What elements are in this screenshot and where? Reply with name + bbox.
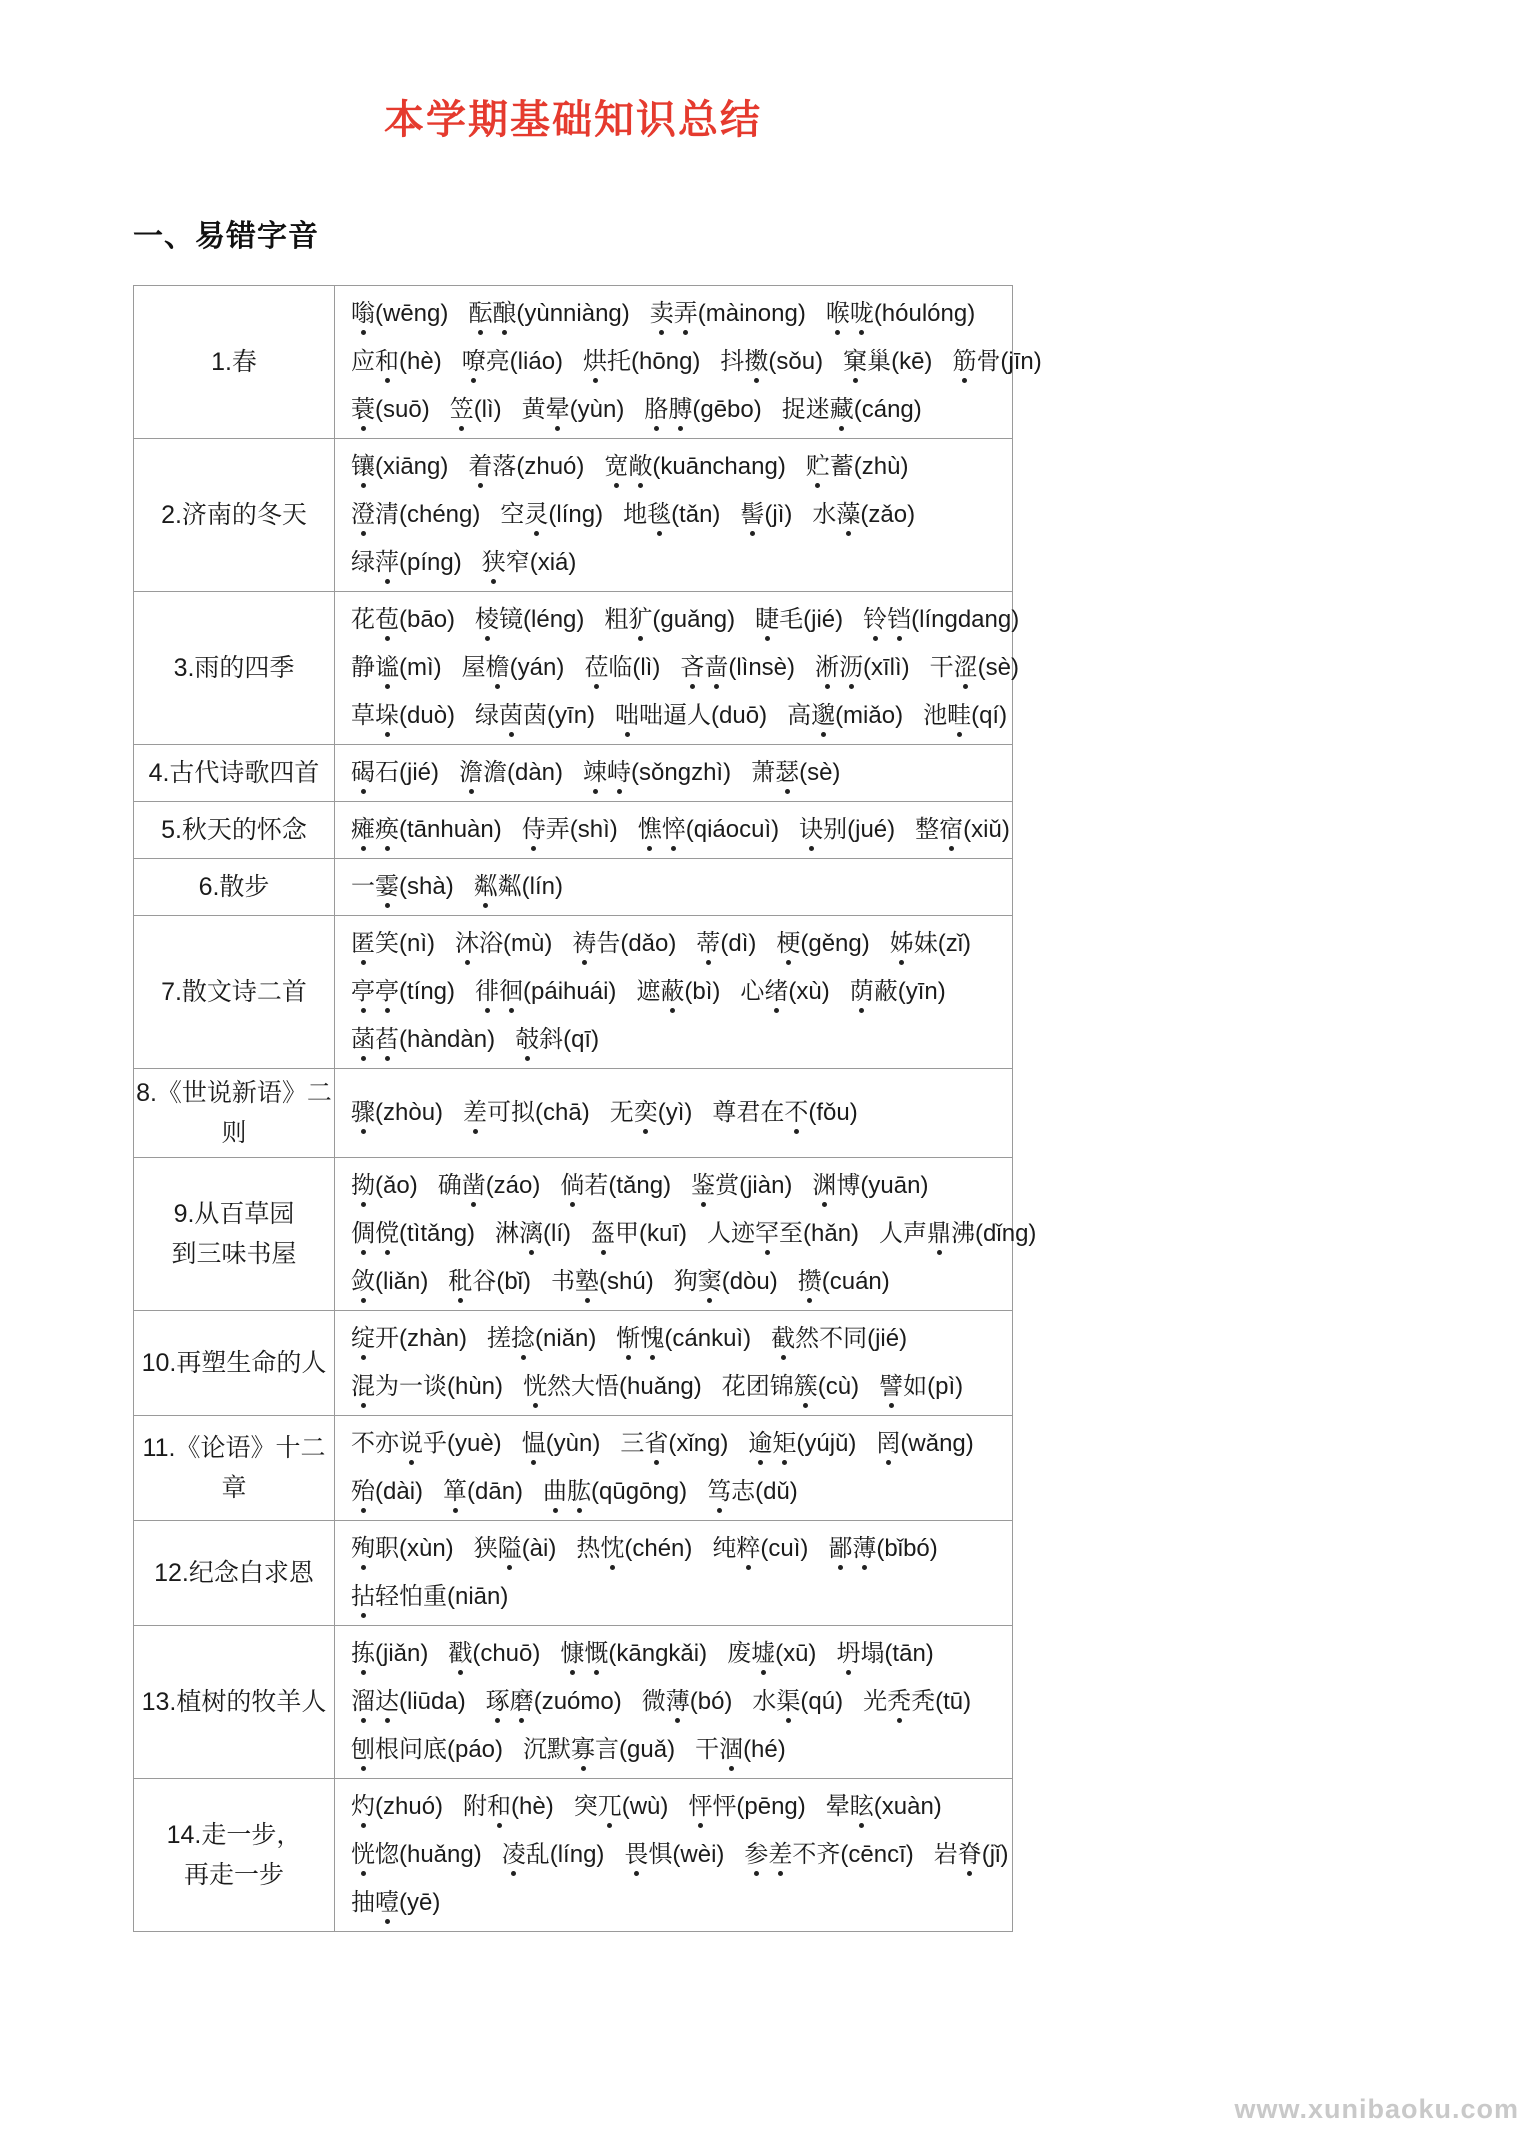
table-row: 9.从百草园到三味书屋拗(ǎo)确凿(záo)倘若(tǎng)鉴赏(jiàn)渊… (134, 1158, 1013, 1311)
word-entry: 溜达(liūda) (351, 1688, 466, 1715)
word-entry: 遮蔽(bì) (636, 978, 720, 1005)
word-line: 刨根问底(páo)沉默寡言(guǎ)干涸(hé) (351, 1726, 1006, 1774)
word-entry: 微薄(bó) (642, 1688, 733, 1715)
word-entry: 畏惧(wèi) (624, 1841, 724, 1868)
table-row: 3.雨的四季花苞(bāo)棱镜(léng)粗犷(guǎng)睫毛(jié)铃铛(… (134, 592, 1013, 745)
word-entry: 黄晕(yùn) (522, 396, 625, 423)
word-entry: 亭亭(tíng) (351, 978, 455, 1005)
word-entry: 澄清(chéng) (351, 501, 480, 528)
table-row: 6.散步一霎(shà)粼粼(lín) (134, 859, 1013, 916)
table-row: 13.植树的牧羊人拣(jiǎn)戳(chuō)慷慨(kāngkǎi)废墟(xū)… (134, 1626, 1013, 1779)
word-list-cell: 碣石(jié)澹澹(dàn)竦峙(sǒngzhì)萧瑟(sè) (335, 745, 1013, 802)
word-entry: 憔悴(qiáocuì) (638, 816, 779, 843)
word-line: 殉职(xùn)狭隘(ài)热忱(chén)纯粹(cuì)鄙薄(bǐbó) (351, 1525, 1006, 1573)
word-entry: 沉默寡言(guǎ) (523, 1736, 675, 1763)
word-entry: 应和(hè) (351, 348, 442, 375)
word-line: 绿萍(píng)狭窄(xiá) (351, 539, 1006, 587)
word-entry: 花团锦簇(cù) (722, 1373, 859, 1400)
word-entry: 笠(lì) (450, 396, 502, 423)
word-entry: 攒(cuán) (798, 1268, 890, 1295)
word-entry: 地毯(tǎn) (623, 501, 720, 528)
word-entry: 抽噎(yē) (351, 1889, 440, 1916)
word-line: 花苞(bāo)棱镜(léng)粗犷(guǎng)睫毛(jié)铃铛(língda… (351, 596, 1006, 644)
word-entry: 高邈(miǎo) (787, 702, 903, 729)
word-entry: 混为一谈(hùn) (351, 1373, 503, 1400)
word-entry: 刨根问底(páo) (351, 1736, 503, 1763)
word-entry: 水渠(qú) (752, 1688, 843, 1715)
word-entry: 戳(chuō) (448, 1640, 540, 1667)
word-entry: 岩脊(jǐ) (934, 1841, 1009, 1868)
word-entry: 光秃秃(tū) (863, 1688, 971, 1715)
word-line: 混为一谈(hùn)恍然大悟(huǎng)花团锦簇(cù)譬如(pì) (351, 1363, 1006, 1411)
word-entry: 拈轻怕重(niān) (351, 1583, 508, 1610)
word-entry: 参差不齐(cēncī) (744, 1841, 913, 1868)
word-entry: 菡萏(hàndàn) (351, 1026, 495, 1053)
word-entry: 鄙薄(bǐbó) (828, 1535, 937, 1562)
word-entry: 铃铛(língdang) (863, 606, 1019, 633)
table-row: 7.散文诗二首匿笑(nì)沐浴(mù)祷告(dǎo)蒂(dì)梗(gěng)姊妹… (134, 916, 1013, 1069)
table-row: 11.《论语》十二章不亦说乎(yuè)愠(yùn)三省(xǐng)逾矩(yújǔ… (134, 1416, 1013, 1521)
word-line: 溜达(liūda)琢磨(zuómo)微薄(bó)水渠(qú)光秃秃(tū) (351, 1678, 1006, 1726)
word-line: 镶(xiāng)着落(zhuó)宽敞(kuānchang)贮蓄(zhù) (351, 443, 1006, 491)
word-entry: 捉迷藏(cáng) (782, 396, 922, 423)
word-list-cell: 殉职(xùn)狭隘(ài)热忱(chén)纯粹(cuì)鄙薄(bǐbó)拈轻怕重… (335, 1521, 1013, 1626)
lesson-label: 8.《世说新语》二则 (134, 1069, 335, 1158)
word-entry: 澹澹(dàn) (459, 759, 563, 786)
word-list-cell: 嗡(wēng)酝酿(yùnniàng)卖弄(màinong)喉咙(hóulóng… (335, 286, 1013, 439)
word-entry: 一霎(shà) (351, 873, 454, 900)
word-list-cell: 绽开(zhàn)搓捻(niǎn)惭愧(cánkuì)截然不同(jié)混为一谈(… (335, 1311, 1013, 1416)
lesson-label: 7.散文诗二首 (134, 916, 335, 1069)
word-entry: 确凿(záo) (438, 1172, 541, 1199)
word-entry: 荫蔽(yīn) (850, 978, 946, 1005)
word-entry: 恍惚(huǎng) (351, 1841, 482, 1868)
word-entry: 卖弄(màinong) (650, 300, 806, 327)
word-entry: 嗡(wēng) (351, 300, 448, 327)
word-list-cell: 不亦说乎(yuè)愠(yùn)三省(xǐng)逾矩(yújǔ)罔(wǎng)殆(… (335, 1416, 1013, 1521)
word-entry: 逾矩(yújǔ) (748, 1430, 856, 1457)
word-entry: 淋漓(lí) (495, 1220, 571, 1247)
table-row: 4.古代诗歌四首碣石(jié)澹澹(dàn)竦峙(sǒngzhì)萧瑟(sè) (134, 745, 1013, 802)
word-entry: 睫毛(jié) (755, 606, 843, 633)
word-line: 亭亭(tíng)徘徊(páihuái)遮蔽(bì)心绪(xù)荫蔽(yīn) (351, 968, 1006, 1016)
word-line: 澄清(chéng)空灵(líng)地毯(tǎn)髻(jì)水藻(zǎo) (351, 491, 1006, 539)
word-entry: 沐浴(mù) (455, 930, 552, 957)
section-heading: 一、易错字音 (133, 211, 1013, 255)
word-line: 拈轻怕重(niān) (351, 1573, 1006, 1621)
word-line: 菡萏(hàndàn)攲斜(qī) (351, 1016, 1006, 1064)
word-entry: 嘹亮(liáo) (462, 348, 563, 375)
word-line: 倜傥(tìtǎng)淋漓(lí)盔甲(kuī)人迹罕至(hǎn)人声鼎沸(dǐn… (351, 1210, 1006, 1258)
watermark: www.xunibaoku.com (1234, 2094, 1519, 2125)
word-entry: 姊妹(zǐ) (890, 930, 971, 957)
word-entry: 花苞(bāo) (351, 606, 455, 633)
word-entry: 书塾(shú) (551, 1268, 654, 1295)
word-line: 敛(liǎn)秕谷(bǐ)书塾(shú)狗窦(dòu)攒(cuán) (351, 1258, 1006, 1306)
word-entry: 着落(zhuó) (468, 453, 584, 480)
word-entry: 拗(ǎo) (351, 1172, 418, 1199)
word-line: 一霎(shà)粼粼(lín) (351, 863, 1006, 911)
word-entry: 惭愧(cánkuì) (616, 1325, 751, 1352)
lesson-label: 10.再塑生命的人 (134, 1311, 335, 1416)
word-entry: 盔甲(kuī) (591, 1220, 687, 1247)
lesson-label: 1.春 (134, 286, 335, 439)
word-entry: 粼粼(lín) (474, 873, 563, 900)
word-entry: 静谧(mì) (351, 654, 442, 681)
word-line: 拗(ǎo)确凿(záo)倘若(tǎng)鉴赏(jiàn)渊博(yuān) (351, 1162, 1006, 1210)
word-entry: 干涩(sè) (930, 654, 1019, 681)
word-entry: 殉职(xùn) (351, 1535, 454, 1562)
word-entry: 骤(zhòu) (351, 1099, 443, 1126)
word-entry: 凌乱(líng) (502, 1841, 605, 1868)
word-entry: 狭隘(ài) (474, 1535, 557, 1562)
word-entry: 徘徊(páihuái) (475, 978, 616, 1005)
word-entry: 筋骨(jīn) (952, 348, 1041, 375)
word-list-cell: 花苞(bāo)棱镜(léng)粗犷(guǎng)睫毛(jié)铃铛(língda… (335, 592, 1013, 745)
word-entry: 镶(xiāng) (351, 453, 448, 480)
word-line: 蓑(suō)笠(lì)黄晕(yùn)胳膊(gēbo)捉迷藏(cáng) (351, 386, 1006, 434)
table-row: 1.春嗡(wēng)酝酿(yùnniàng)卖弄(màinong)喉咙(hóul… (134, 286, 1013, 439)
word-entry: 罔(wǎng) (876, 1430, 973, 1457)
word-line: 碣石(jié)澹澹(dàn)竦峙(sǒngzhì)萧瑟(sè) (351, 749, 1006, 797)
word-entry: 窠巢(kē) (843, 348, 932, 375)
table-row: 12.纪念白求恩殉职(xùn)狭隘(ài)热忱(chén)纯粹(cuì)鄙薄(b… (134, 1521, 1013, 1626)
word-entry: 烘托(hōng) (583, 348, 700, 375)
lesson-label: 4.古代诗歌四首 (134, 745, 335, 802)
word-entry: 水藻(zǎo) (812, 501, 915, 528)
word-entry: 心绪(xù) (740, 978, 829, 1005)
word-entry: 鉴赏(jiàn) (691, 1172, 792, 1199)
word-list-cell: 拣(jiǎn)戳(chuō)慷慨(kāngkǎi)废墟(xū)坍塌(tān)溜达… (335, 1626, 1013, 1779)
table-row: 10.再塑生命的人绽开(zhàn)搓捻(niǎn)惭愧(cánkuì)截然不同(… (134, 1311, 1013, 1416)
word-list-cell: 一霎(shà)粼粼(lín) (335, 859, 1013, 916)
word-entry: 瘫痪(tānhuàn) (351, 816, 502, 843)
word-entry: 恍然大悟(huǎng) (523, 1373, 702, 1400)
lesson-label: 6.散步 (134, 859, 335, 916)
word-line: 绽开(zhàn)搓捻(niǎn)惭愧(cánkuì)截然不同(jié) (351, 1315, 1006, 1363)
word-entry: 草垛(duò) (351, 702, 455, 729)
word-entry: 池畦(qí) (923, 702, 1007, 729)
word-entry: 狗窦(dòu) (674, 1268, 778, 1295)
table-row: 14.走一步，再走一步灼(zhuó)附和(hè)突兀(wù)怦怦(pēng)晕眩… (134, 1779, 1013, 1932)
word-entry: 愠(yùn) (522, 1430, 601, 1457)
word-entry: 攲斜(qī) (515, 1026, 599, 1053)
word-entry: 人迹罕至(hǎn) (707, 1220, 859, 1247)
lesson-label: 13.植树的牧羊人 (134, 1626, 335, 1779)
word-entry: 琢磨(zuómo) (486, 1688, 622, 1715)
word-entry: 粗犷(guǎng) (604, 606, 735, 633)
word-entry: 碣石(jié) (351, 759, 439, 786)
pronunciation-table-body: 1.春嗡(wēng)酝酿(yùnniàng)卖弄(màinong)喉咙(hóul… (134, 286, 1013, 1932)
page-title: 本学期基础知识总结 (133, 88, 1013, 145)
word-line: 瘫痪(tānhuàn)侍弄(shì)憔悴(qiáocuì)诀别(jué)整宿(x… (351, 806, 1006, 854)
word-line: 恍惚(huǎng)凌乱(líng)畏惧(wèi)参差不齐(cēncī)岩脊(jǐ… (351, 1831, 1006, 1879)
word-list-cell: 灼(zhuó)附和(hè)突兀(wù)怦怦(pēng)晕眩(xuàn)恍惚(hu… (335, 1779, 1013, 1932)
word-entry: 空灵(líng) (500, 501, 603, 528)
lesson-label: 2.济南的冬天 (134, 439, 335, 592)
table-row: 5.秋天的怀念瘫痪(tānhuàn)侍弄(shì)憔悴(qiáocuì)诀别(j… (134, 802, 1013, 859)
word-entry: 贮蓄(zhù) (806, 453, 909, 480)
word-list-cell: 镶(xiāng)着落(zhuó)宽敞(kuānchang)贮蓄(zhù)澄清(c… (335, 439, 1013, 592)
word-entry: 晕眩(xuàn) (826, 1793, 942, 1820)
word-list-cell: 骤(zhòu)差可拟(chā)无奕(yì)尊君在不(fǒu) (335, 1069, 1013, 1158)
word-entry: 无奕(yì) (610, 1099, 693, 1126)
word-entry: 侍弄(shì) (522, 816, 618, 843)
word-entry: 髻(jì) (740, 501, 792, 528)
word-entry: 莅临(lì) (584, 654, 660, 681)
word-entry: 酝酿(yùnniàng) (468, 300, 629, 327)
word-entry: 淅沥(xīlì) (815, 654, 910, 681)
word-entry: 绿萍(píng) (351, 549, 462, 576)
word-line: 抽噎(yē) (351, 1879, 1006, 1927)
word-entry: 差可拟(chā) (463, 1099, 590, 1126)
lesson-label: 3.雨的四季 (134, 592, 335, 745)
table-row: 2.济南的冬天镶(xiāng)着落(zhuó)宽敞(kuānchang)贮蓄(z… (134, 439, 1013, 592)
word-entry: 三省(xǐng) (620, 1430, 728, 1457)
word-line: 殆(dài)箪(dān)曲肱(qūgōng)笃志(dǔ) (351, 1468, 1006, 1516)
word-entry: 吝啬(lìnsè) (680, 654, 795, 681)
word-entry: 狭窄(xiá) (482, 549, 577, 576)
word-list-cell: 瘫痪(tānhuàn)侍弄(shì)憔悴(qiáocuì)诀别(jué)整宿(x… (335, 802, 1013, 859)
word-line: 草垛(duò)绿茵茵(yīn)咄咄逼人(duō)高邈(miǎo)池畦(qí) (351, 692, 1006, 740)
word-entry: 附和(hè) (463, 1793, 554, 1820)
word-entry: 梗(gěng) (776, 930, 869, 957)
word-entry: 譬如(pì) (879, 1373, 963, 1400)
word-entry: 截然不同(jié) (771, 1325, 907, 1352)
pronunciation-table: 1.春嗡(wēng)酝酿(yùnniàng)卖弄(màinong)喉咙(hóul… (133, 285, 1013, 1932)
word-entry: 祷告(dǎo) (572, 930, 676, 957)
word-entry: 匿笑(nì) (351, 930, 435, 957)
word-entry: 纯粹(cuì) (712, 1535, 808, 1562)
word-entry: 竦峙(sǒngzhì) (583, 759, 731, 786)
word-entry: 喉咙(hóulóng) (826, 300, 975, 327)
lesson-label: 14.走一步，再走一步 (134, 1779, 335, 1932)
word-entry: 怦怦(pēng) (688, 1793, 805, 1820)
word-entry: 咄咄逼人(duō) (615, 702, 767, 729)
lesson-label: 9.从百草园到三味书屋 (134, 1158, 335, 1311)
lesson-label: 12.纪念白求恩 (134, 1521, 335, 1626)
word-entry: 殆(dài) (351, 1478, 423, 1505)
table-row: 8.《世说新语》二则骤(zhòu)差可拟(chā)无奕(yì)尊君在不(fǒu) (134, 1069, 1013, 1158)
word-line: 应和(hè)嘹亮(liáo)烘托(hōng)抖擞(sǒu)窠巢(kē)筋骨(jī… (351, 338, 1006, 386)
word-entry: 拣(jiǎn) (351, 1640, 428, 1667)
word-line: 匿笑(nì)沐浴(mù)祷告(dǎo)蒂(dì)梗(gěng)姊妹(zǐ) (351, 920, 1006, 968)
word-entry: 倘若(tǎng) (560, 1172, 671, 1199)
word-entry: 敛(liǎn) (351, 1268, 428, 1295)
word-entry: 慷慨(kāngkǎi) (560, 1640, 707, 1667)
word-entry: 抖擞(sǒu) (720, 348, 823, 375)
word-line: 嗡(wēng)酝酿(yùnniàng)卖弄(màinong)喉咙(hóulóng… (351, 290, 1006, 338)
word-entry: 曲肱(qūgōng) (543, 1478, 687, 1505)
word-line: 灼(zhuó)附和(hè)突兀(wù)怦怦(pēng)晕眩(xuàn) (351, 1783, 1006, 1831)
word-entry: 箪(dān) (443, 1478, 523, 1505)
document-page: 本学期基础知识总结 一、易错字音 1.春嗡(wēng)酝酿(yùnniàng)卖… (133, 0, 1013, 1932)
word-entry: 渊博(yuān) (812, 1172, 928, 1199)
word-entry: 屋檐(yán) (462, 654, 565, 681)
word-entry: 整宿(xiǔ) (915, 816, 1010, 843)
word-entry: 灼(zhuó) (351, 1793, 443, 1820)
word-entry: 突兀(wù) (574, 1793, 669, 1820)
word-entry: 不亦说乎(yuè) (351, 1430, 502, 1457)
word-entry: 蒂(dì) (696, 930, 756, 957)
word-entry: 宽敞(kuānchang) (604, 453, 785, 480)
word-line: 拣(jiǎn)戳(chuō)慷慨(kāngkǎi)废墟(xū)坍塌(tān) (351, 1630, 1006, 1678)
word-line: 不亦说乎(yuè)愠(yùn)三省(xǐng)逾矩(yújǔ)罔(wǎng) (351, 1420, 1006, 1468)
lesson-label: 11.《论语》十二章 (134, 1416, 335, 1521)
word-entry: 倜傥(tìtǎng) (351, 1220, 475, 1247)
word-entry: 绿茵茵(yīn) (475, 702, 595, 729)
word-entry: 废墟(xū) (727, 1640, 816, 1667)
word-line: 骤(zhòu)差可拟(chā)无奕(yì)尊君在不(fǒu) (351, 1089, 1006, 1137)
word-entry: 诀别(jué) (799, 816, 895, 843)
word-list-cell: 匿笑(nì)沐浴(mù)祷告(dǎo)蒂(dì)梗(gěng)姊妹(zǐ)亭亭(… (335, 916, 1013, 1069)
word-entry: 笃志(dǔ) (707, 1478, 798, 1505)
word-entry: 热忱(chén) (576, 1535, 692, 1562)
word-entry: 萧瑟(sè) (751, 759, 840, 786)
word-entry: 人声鼎沸(dǐng) (879, 1220, 1036, 1247)
word-entry: 干涸(hé) (695, 1736, 786, 1763)
word-entry: 蓑(suō) (351, 396, 430, 423)
word-list-cell: 拗(ǎo)确凿(záo)倘若(tǎng)鉴赏(jiàn)渊博(yuān)倜傥(t… (335, 1158, 1013, 1311)
word-entry: 棱镜(léng) (475, 606, 584, 633)
word-line: 静谧(mì)屋檐(yán)莅临(lì)吝啬(lìnsè)淅沥(xīlì)干涩(s… (351, 644, 1006, 692)
word-entry: 坍塌(tān) (836, 1640, 933, 1667)
lesson-label: 5.秋天的怀念 (134, 802, 335, 859)
word-entry: 胳膊(gēbo) (644, 396, 761, 423)
word-entry: 搓捻(niǎn) (487, 1325, 596, 1352)
word-entry: 绽开(zhàn) (351, 1325, 467, 1352)
word-entry: 尊君在不(fǒu) (712, 1099, 857, 1126)
word-entry: 秕谷(bǐ) (448, 1268, 531, 1295)
